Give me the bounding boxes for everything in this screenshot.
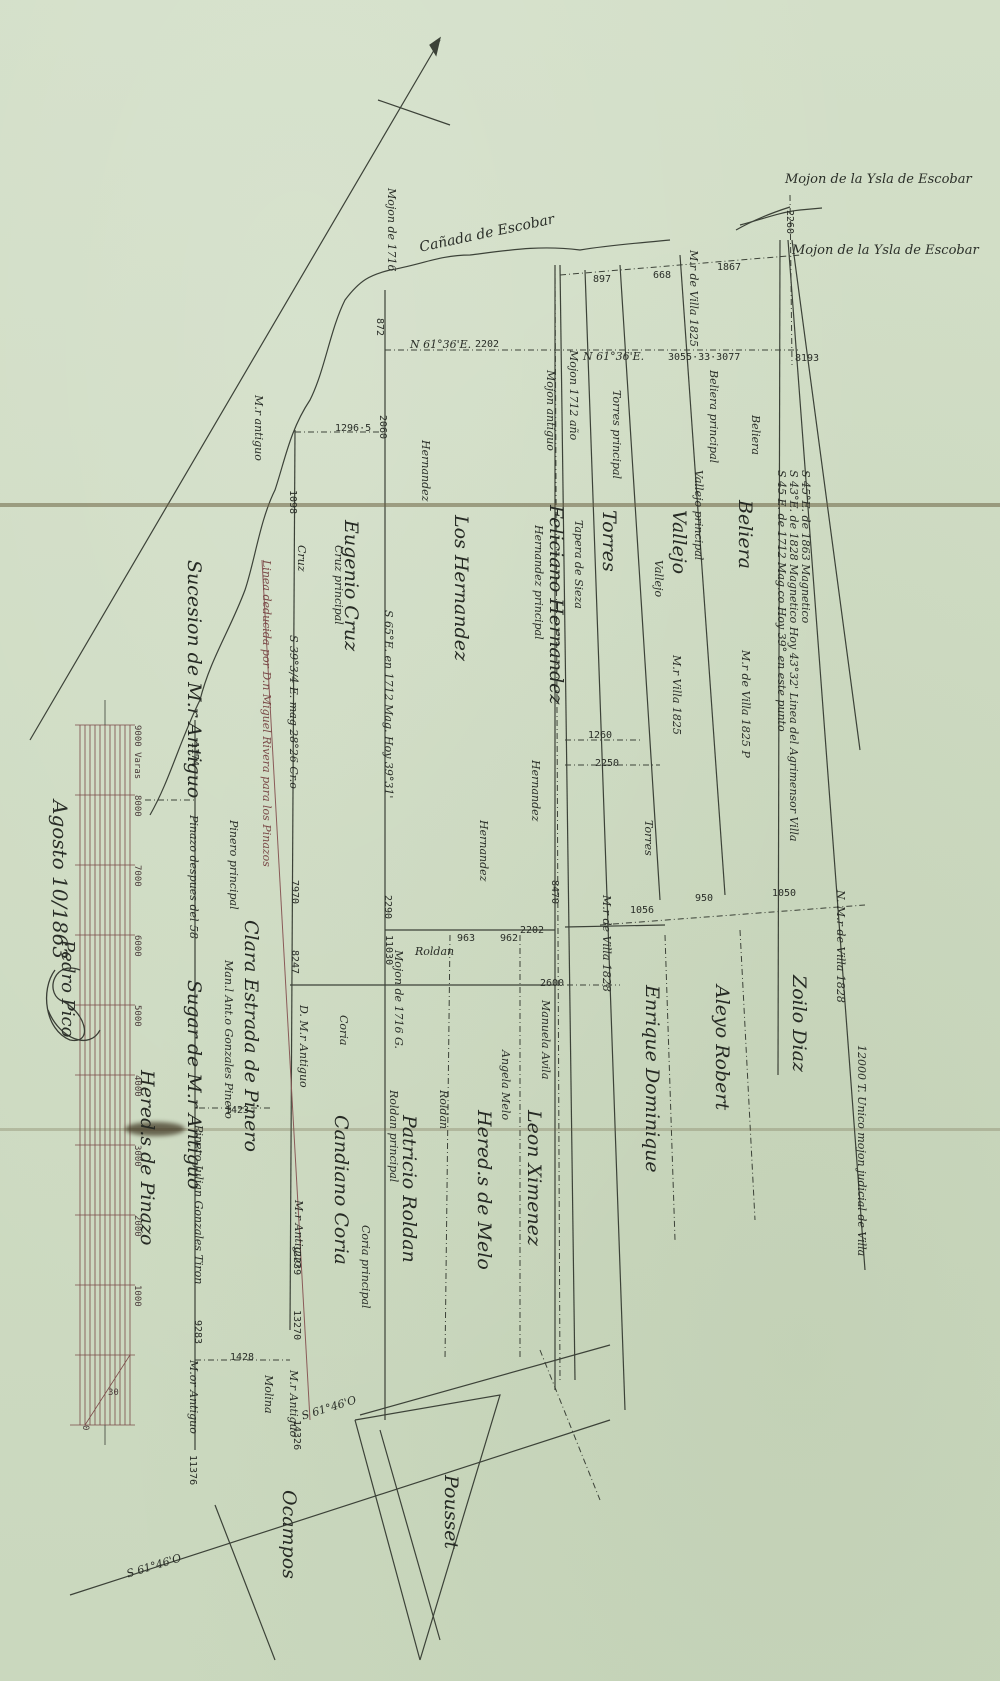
- owner-candiano-coria: Candiano Coria: [330, 1115, 352, 1265]
- label-bearing-1: N 61°36'E.: [410, 338, 471, 351]
- label-1098: 1098: [287, 490, 298, 514]
- note-magnetic-1828: S 43°E. de 1828 Magnetico Hoy 43°32' Lin…: [787, 470, 800, 841]
- scale-label-3000: 3000: [132, 1145, 142, 1167]
- owner-sugar-antiguo: Sugar de M.r Antiguo: [183, 980, 205, 1189]
- num: 1260: [588, 730, 612, 741]
- label-668: 668: [653, 270, 671, 281]
- label-mojon-1716: Mojon de 1716: [385, 188, 398, 272]
- owner-beliera: Beliera: [734, 500, 756, 569]
- signature-name: Pedro Pico: [57, 940, 78, 1037]
- label-8193: 8193: [795, 353, 819, 364]
- num: 1050: [772, 888, 796, 899]
- num: 2250: [595, 758, 619, 769]
- owner-aleyo-robert: Aleyo Robert: [711, 985, 733, 1110]
- sub-hernandez-1: Hernandez: [419, 440, 432, 501]
- sub-roldan: Roldan: [437, 1090, 450, 1129]
- label-mojon-antiguo: Mojon antiguo: [544, 370, 557, 451]
- survey-map: Mojon de la Ysla de Escobar Mojon de la …: [0, 0, 1000, 1681]
- label-bearing-s65: S 65°E. en 1712 Mag. Hoy 39°31': [382, 610, 395, 798]
- scale-angle-note: 30: [108, 1388, 119, 1398]
- label-molina: Molina: [262, 1375, 275, 1414]
- scale-label-6000: 6000: [132, 935, 142, 957]
- label-872: 872: [374, 318, 385, 336]
- owner-enrique-dominique: Enrique Dominique: [641, 985, 663, 1173]
- num: 11376: [187, 1455, 198, 1485]
- num: 962: [500, 933, 518, 944]
- num: 8247: [289, 950, 300, 974]
- sub-cruz: Cruz: [295, 545, 308, 572]
- owner-feliciano-hernandez: Feliciano Hernandez: [545, 505, 567, 704]
- note-unico-mojon: 12000 T. Unico mojon judicial de Villa: [855, 1045, 868, 1256]
- label-2260: 2260: [784, 210, 795, 234]
- sub-coria-principal: Coria principal: [359, 1225, 372, 1309]
- num: 9283: [192, 1320, 203, 1344]
- sub-pinero-principal: Pinero principal: [227, 820, 240, 910]
- label-linea-deducida: Linea deducida por D.n Miguel Rivera par…: [260, 560, 273, 867]
- num: 7970: [289, 880, 300, 904]
- owner-clara-estrada: Clara Estrada de Pinero: [240, 920, 262, 1152]
- signature-date: Agosto 10/1863: [48, 800, 72, 959]
- num: 2600: [540, 978, 564, 989]
- sub-vallejo: Vallejo: [652, 560, 665, 597]
- num: 11030: [383, 935, 394, 965]
- num: 12239: [291, 1245, 302, 1275]
- owner-zoilo-diaz: Zoilo Diaz: [788, 975, 810, 1072]
- sub-tapera-sieza: Tapera de Sieza: [572, 520, 585, 609]
- north-marker: [378, 100, 450, 125]
- owner-vallejo: Vallejo: [668, 510, 690, 574]
- fold-crease: [0, 503, 1000, 507]
- label-dmr-antiguo: D. M.r Antiguo: [297, 1005, 310, 1088]
- label-manuela: Manuela Avila: [539, 1000, 552, 1079]
- label-dist-3055: 3055·33·3077: [668, 352, 740, 363]
- label-mr-antiguo-top: M.r antiguo: [252, 395, 265, 461]
- scale-label-2000: 2000: [132, 1215, 142, 1237]
- scale-label-8000: 8000: [132, 795, 142, 817]
- num: 1423: [225, 1105, 249, 1116]
- scale-bar-lines: [70, 700, 135, 1445]
- label-1867: 1867: [717, 262, 741, 273]
- label-mor-antiguo-4: M.or Antiguo: [187, 1360, 200, 1434]
- sub-vallejo-principal: Vallejo principal: [692, 470, 705, 560]
- num: 963: [457, 933, 475, 944]
- num: 950: [695, 893, 713, 904]
- num: 2290: [382, 895, 393, 919]
- sub-angela-melo: Angela Melo: [499, 1050, 512, 1120]
- label-dist-2202: 2202: [475, 339, 499, 350]
- sub-hernandez-2: Hernandez: [477, 820, 490, 881]
- num: 13270: [291, 1310, 302, 1340]
- owner-patricio-roldan: Patricio Roldan: [398, 1115, 420, 1263]
- label-bearing-s39: S 39°3/4 E. mag 28°26 Cr.o: [287, 635, 300, 789]
- scale-label-9000: 9000 Varas: [132, 725, 142, 779]
- note-magnetic-1712: S 45 E. de 1712 Mag.co Hoy 39° en este p…: [775, 470, 788, 732]
- label-mr-villa-1825-b: M.r de Villa 1825 P: [739, 650, 752, 758]
- meridian-line: [30, 40, 440, 740]
- sub-roldan-principal: Roldan principal: [387, 1090, 400, 1182]
- sub-cruz-principal: Cruz principal: [332, 545, 345, 625]
- owner-ocampos: Ocampos: [278, 1490, 300, 1579]
- canada-creek: [150, 240, 670, 815]
- num: 2202: [520, 925, 544, 936]
- note-magnetic-1863: S 45°E. de 1863 Magnetico: [799, 470, 812, 623]
- label-2060: 2060: [377, 415, 388, 439]
- label-mr-villa-1825-a: M.r de Villa 1825: [687, 250, 700, 347]
- scale-label-4000: 4000: [132, 1075, 142, 1097]
- label-mojon-isla-1: Mojon de la Ysla de Escobar: [785, 172, 972, 187]
- label-mr-villa-1825-c: M.r Villa 1825: [670, 655, 683, 735]
- sub-hernandez-principal: Hernandez principal: [532, 525, 545, 640]
- scale-label-5000: 5000: [132, 1005, 142, 1027]
- sub-beliera: Beliera: [749, 415, 762, 455]
- num: 1174: [189, 742, 200, 766]
- sub-beliera-principal: Beliera principal: [707, 370, 720, 463]
- sub-torres-principal: Torres principal: [610, 390, 623, 479]
- sub-pinazo-despues-58: Pinazo despues del 58: [187, 815, 200, 939]
- label-roldan: Roldan: [415, 945, 454, 958]
- note-villa-1828: N. M.r de Villa 1828: [834, 890, 847, 1003]
- label-mr-villa-1828: M.r de Villa 1828: [600, 895, 613, 992]
- sub-gonzales-pinero: Man.l Ant.o Gonzales Pinero: [222, 960, 235, 1119]
- owner-leon-ximenez: Leon Ximenez: [523, 1110, 545, 1246]
- sub-hernandez: Hernandez: [529, 760, 542, 821]
- label-897: 897: [593, 274, 611, 285]
- label-1296: 1296·5: [335, 423, 371, 434]
- scale-label-0: 0: [80, 1425, 90, 1430]
- sub-torres: Torres: [642, 820, 655, 856]
- owner-pousset: Pousset: [440, 1475, 462, 1549]
- num: 14326: [291, 1420, 302, 1450]
- owner-torres: Torres: [598, 510, 620, 572]
- label-mojon-isla-2: Mojon de la Ysla de Escobar: [792, 243, 979, 258]
- owner-hereds-melo: Hered.s de Melo: [473, 1110, 495, 1270]
- num: 1428: [230, 1352, 254, 1363]
- label-mojon-1712: Mojon 1712 año: [567, 350, 580, 440]
- scale-label-7000: 7000: [132, 865, 142, 887]
- sub-coria: Coria: [337, 1015, 350, 1045]
- num: 8470: [549, 880, 560, 904]
- num: 1056: [630, 905, 654, 916]
- label-bearing-2: N 61°36'E.: [583, 350, 644, 363]
- owner-los-hernandez: Los Hernandez: [450, 515, 472, 661]
- scale-label-1000: 1000: [132, 1285, 142, 1307]
